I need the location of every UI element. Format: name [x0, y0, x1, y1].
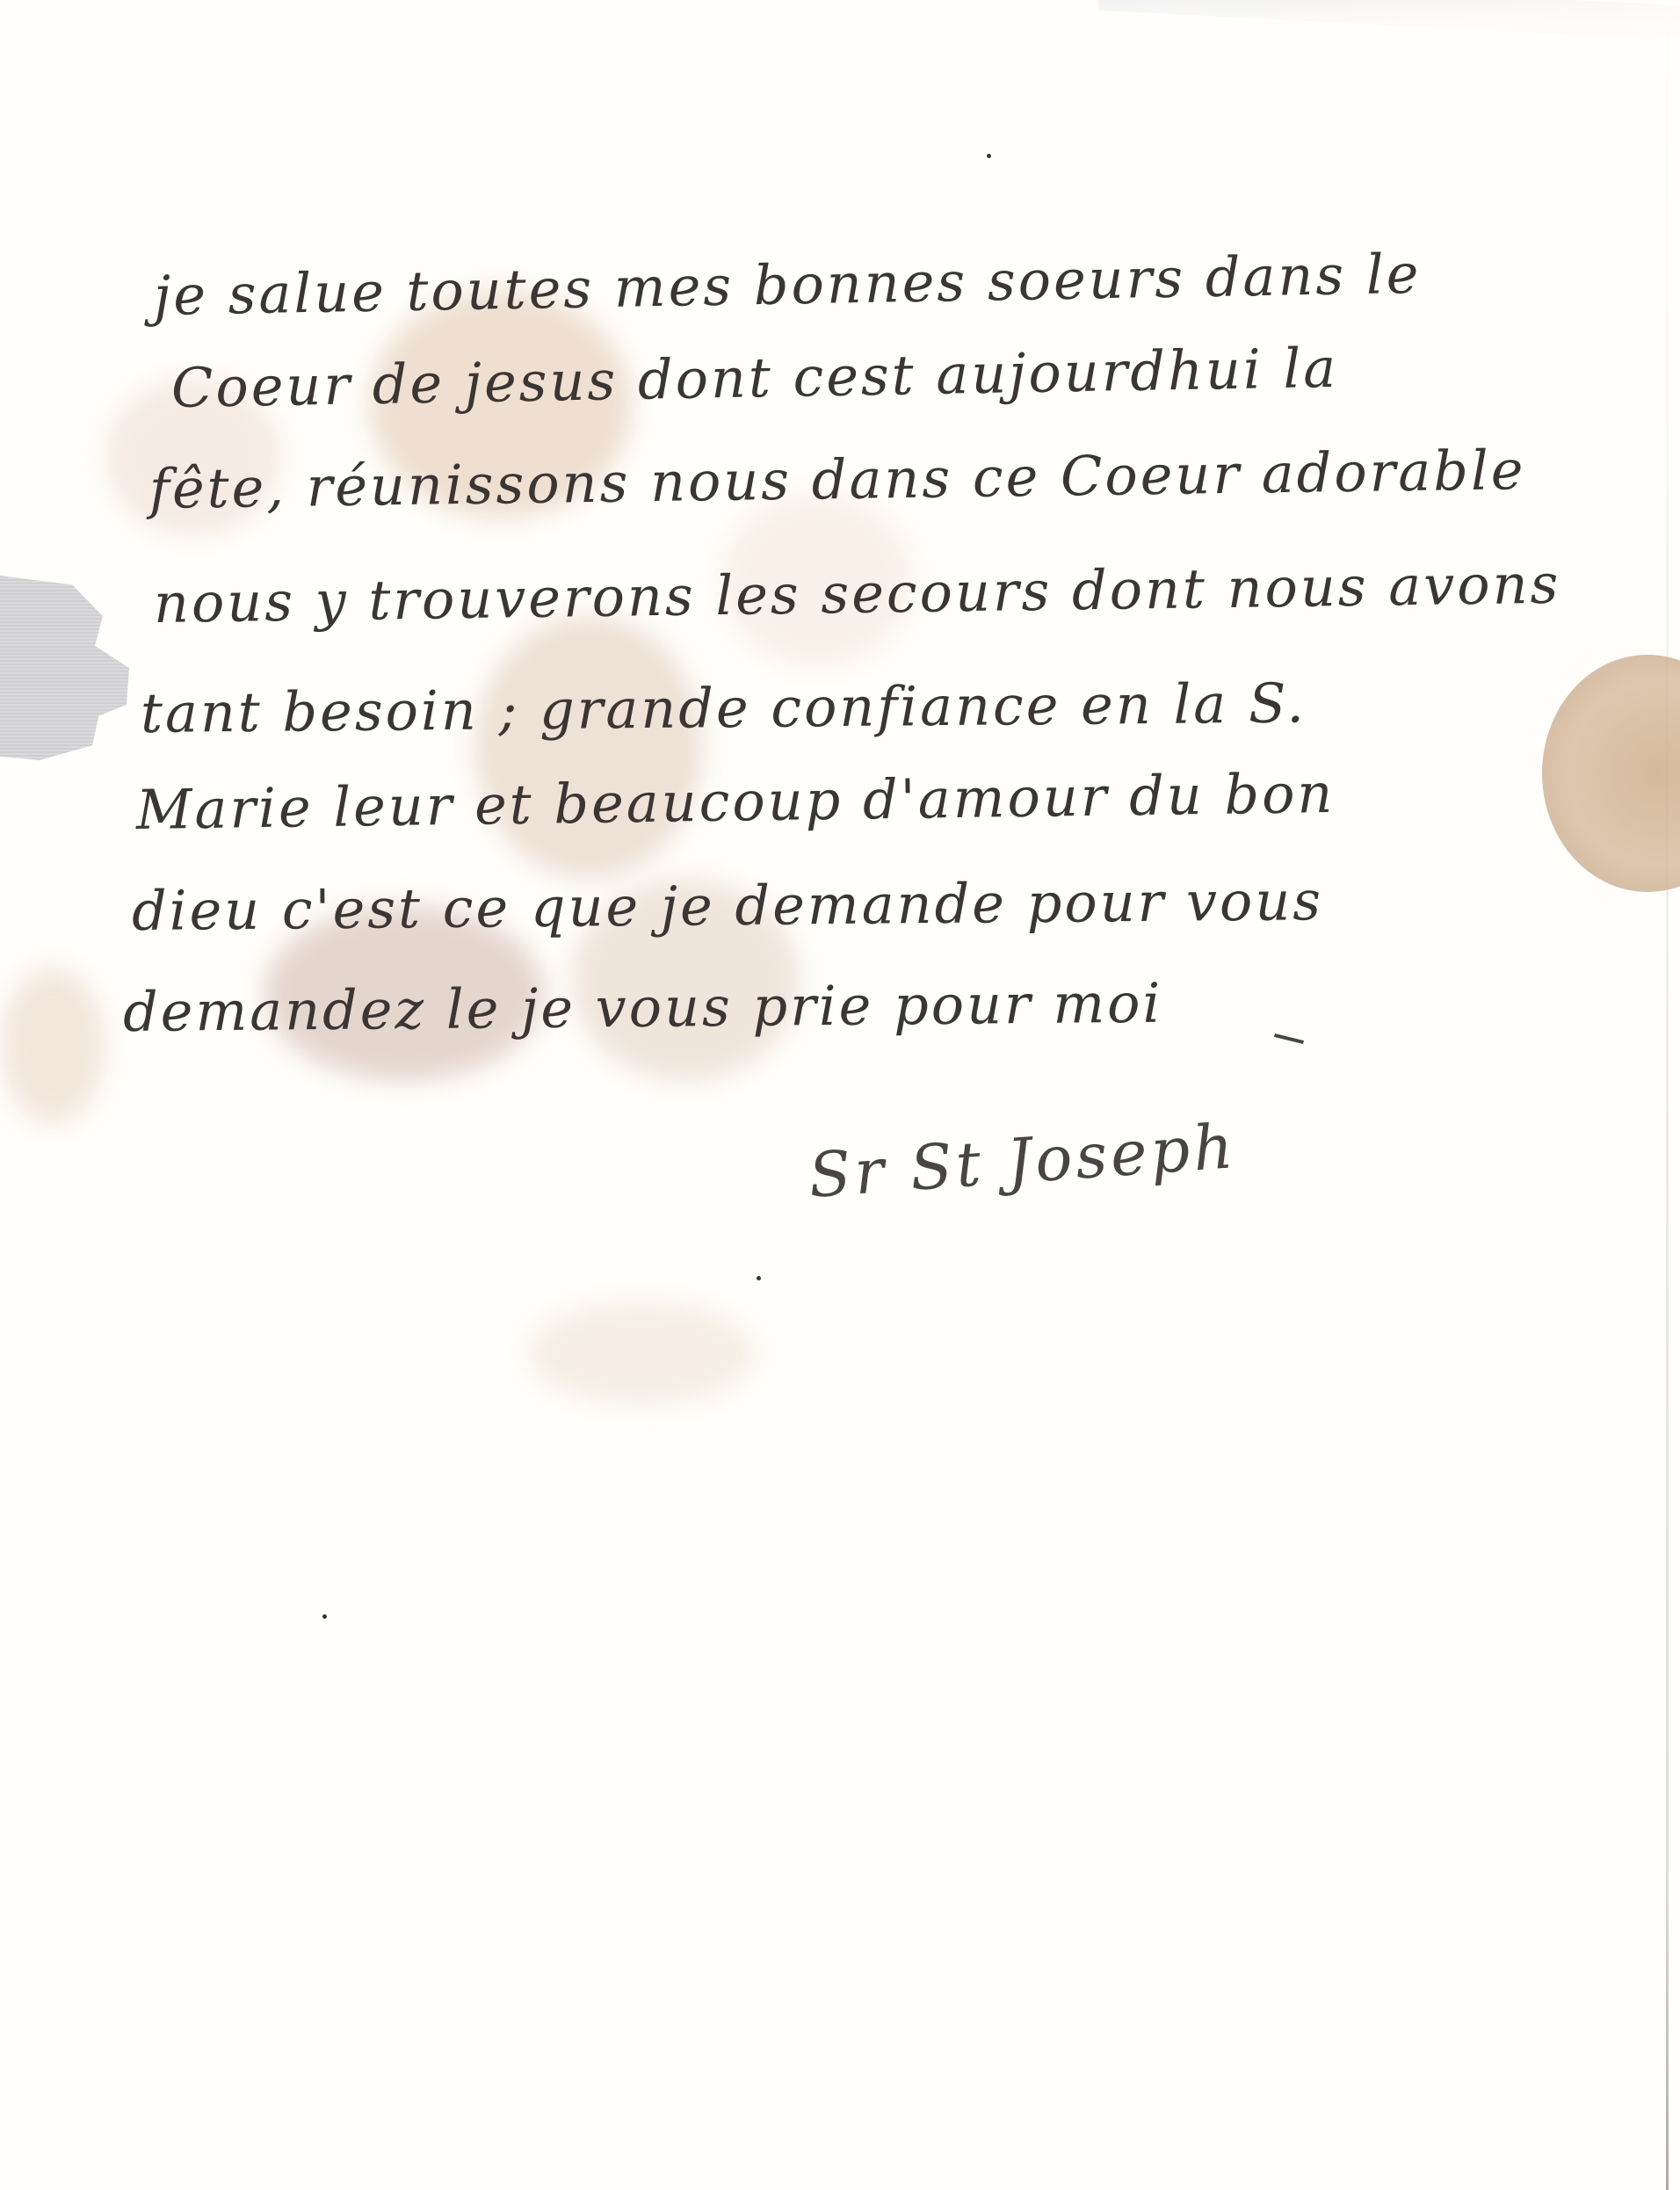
scanned-letter-page: je salue toutes mes bonnes soeurs dans l… [0, 0, 1680, 2190]
foxing-stain [527, 1301, 756, 1406]
letter-line-3: fête, réunissons nous dans ce Coeur ador… [148, 438, 1525, 521]
letter-line-1: je salue toutes mes bonnes soeurs dans l… [153, 242, 1422, 328]
page-right-edge [1666, 0, 1669, 2190]
closing-dash [1274, 1033, 1304, 1044]
letter-line-6: Marie leur et beaucoup d'amour du bon [135, 761, 1335, 842]
scan-edge-artifact [1098, 0, 1680, 42]
ink-speck [322, 1614, 327, 1619]
signature: Sr St Joseph [807, 1110, 1239, 1212]
ink-speck [757, 1276, 761, 1280]
letter-line-2: Coeur de jesus dont cest aujourdhui la [170, 336, 1338, 420]
torn-paper-area [0, 576, 132, 760]
foxing-stain [0, 967, 105, 1125]
letter-line-4: nous y trouverons les secours dont nous … [153, 552, 1561, 635]
seal-stain [1542, 655, 1680, 892]
ink-speck [987, 154, 991, 158]
letter-line-5: tant besoin ; grande confiance en la S. [141, 671, 1307, 745]
letter-line-8: demandez le je vous prie pour moi [123, 971, 1163, 1044]
letter-line-7: dieu c'est ce que je demande pour vous [132, 868, 1324, 943]
foxing-stain [474, 615, 703, 879]
